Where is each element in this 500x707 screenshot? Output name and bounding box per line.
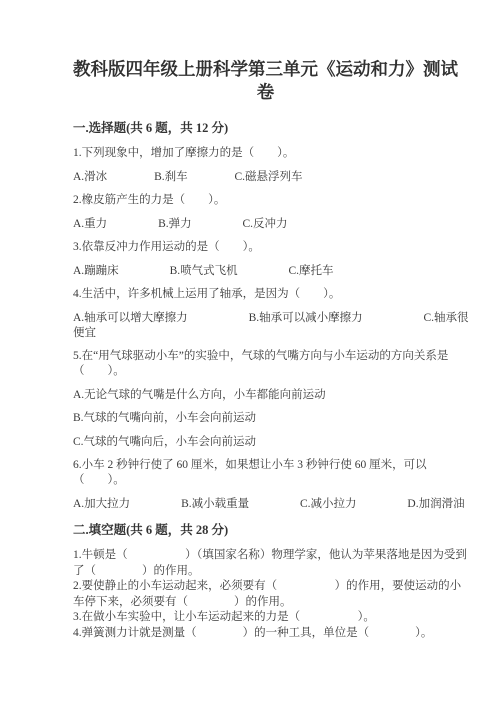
- question-4-option-b: B.轴承可以减小摩擦力: [249, 312, 363, 324]
- question-1-options: A.滑冰 B.刹车 C.磁悬浮列车: [73, 170, 472, 185]
- section-multiple-choice: 一.选择题(共 6 题，共 12 分) 1.下列现象中，增加了摩擦力的是（ ）。…: [73, 118, 472, 512]
- question-1-text: 1.下列现象中，增加了摩擦力的是（ ）。: [73, 146, 472, 161]
- question-6-option-a: A.加大拉力: [73, 498, 130, 510]
- question-5-option-a: A.无论气球的气嘴是什么方向，小车都能向前运动: [73, 388, 472, 403]
- fill-question-2: 2.要使静止的小车运动起来，必须要有（ ）的作用，要使运动的小车停下来，必须要有…: [73, 579, 472, 610]
- fill-question-3: 3.在做小车实验中，让小车运动起来的力是（ ）。: [73, 610, 472, 626]
- choice-question-4: 4.生活中，许多机械上运用了轴承，是因为（ ）。 A.轴承可以增大摩擦力 B.轴…: [73, 287, 472, 341]
- question-6-option-d: D.加润滑油: [407, 498, 464, 510]
- question-4-text: 4.生活中，许多机械上运用了轴承，是因为（ ）。: [73, 287, 472, 302]
- question-1-option-a: A.滑冰: [73, 171, 107, 183]
- choice-question-2: 2.橡皮筋产生的力是（ ）。 A.重力 B.弹力 C.反冲力: [73, 193, 472, 232]
- question-6-option-c: C.减小拉力: [300, 498, 357, 510]
- question-5-option-b: B.气球的气嘴向前，小车会向前运动: [73, 411, 472, 426]
- choice-question-1: 1.下列现象中，增加了摩擦力的是（ ）。 A.滑冰 B.刹车 C.磁悬浮列车: [73, 146, 472, 185]
- question-1-option-b: B.刹车: [154, 171, 188, 183]
- question-2-option-b: B.弹力: [158, 218, 192, 230]
- question-4-options: A.轴承可以增大摩擦力 B.轴承可以减小摩擦力 C.轴承很便宜: [73, 311, 472, 341]
- choice-question-5: 5.在“用气球驱动小车”的实验中，气球的气嘴方向与小车运动的方向关系是（ ）。 …: [73, 349, 472, 450]
- question-3-options: A.蹦蹦床 B.喷气式飞机 C.摩托车: [73, 264, 472, 279]
- choice-question-6: 6.小车 2 秒钟行使了 60 厘米，如果想让小车 3 秒钟行使 60 厘米，可…: [73, 458, 472, 512]
- question-6-option-b: B.减小载重量: [181, 498, 249, 510]
- section-fill-blank: 二.填空题(共 6 题，共 28 分) 1.牛顿是（ ）（填国家名称）物理学家，…: [73, 520, 472, 641]
- question-6-options: A.加大拉力 B.减小载重量 C.减小拉力 D.加润滑油: [73, 497, 472, 512]
- question-3-text: 3.依靠反冲力作用运动的是（ ）。: [73, 240, 472, 255]
- question-2-options: A.重力 B.弹力 C.反冲力: [73, 217, 472, 232]
- section-multiple-choice-heading: 一.选择题(共 6 题，共 12 分): [73, 118, 472, 136]
- question-2-text: 2.橡皮筋产生的力是（ ）。: [73, 193, 472, 208]
- page-title: 教科版四年级上册科学第三单元《运动和力》测试卷: [73, 58, 458, 104]
- question-3-option-b: B.喷气式飞机: [170, 265, 238, 277]
- question-5-text: 5.在“用气球驱动小车”的实验中，气球的气嘴方向与小车运动的方向关系是（ ）。: [73, 349, 472, 379]
- question-3-option-c: C.摩托车: [288, 265, 333, 277]
- question-3-option-a: A.蹦蹦床: [73, 265, 119, 277]
- test-paper-page: 教科版四年级上册科学第三单元《运动和力》测试卷 一.选择题(共 6 题，共 12…: [0, 0, 500, 707]
- question-2-option-a: A.重力: [73, 218, 107, 230]
- question-2-option-c: C.反冲力: [242, 218, 287, 230]
- question-5-option-c: C.气球的气嘴向后，小车会向前运动: [73, 435, 472, 450]
- fill-question-1: 1.牛顿是（ ）（填国家名称）物理学家，他认为苹果落地是因为受到了（ ）的作用。: [73, 548, 472, 579]
- question-4-option-a: A.轴承可以增大摩擦力: [73, 312, 188, 324]
- section-fill-blank-heading: 二.填空题(共 6 题，共 28 分): [73, 520, 472, 538]
- question-1-option-c: C.磁悬浮列车: [234, 171, 302, 183]
- fill-question-4: 4.弹簧测力计就是测量（ ）的一种工具，单位是（ ）。: [73, 626, 472, 642]
- choice-question-3: 3.依靠反冲力作用运动的是（ ）。 A.蹦蹦床 B.喷气式飞机 C.摩托车: [73, 240, 472, 279]
- question-6-text: 6.小车 2 秒钟行使了 60 厘米，如果想让小车 3 秒钟行使 60 厘米，可…: [73, 458, 472, 488]
- question-5-options: A.无论气球的气嘴是什么方向，小车都能向前运动 B.气球的气嘴向前，小车会向前运…: [73, 388, 472, 450]
